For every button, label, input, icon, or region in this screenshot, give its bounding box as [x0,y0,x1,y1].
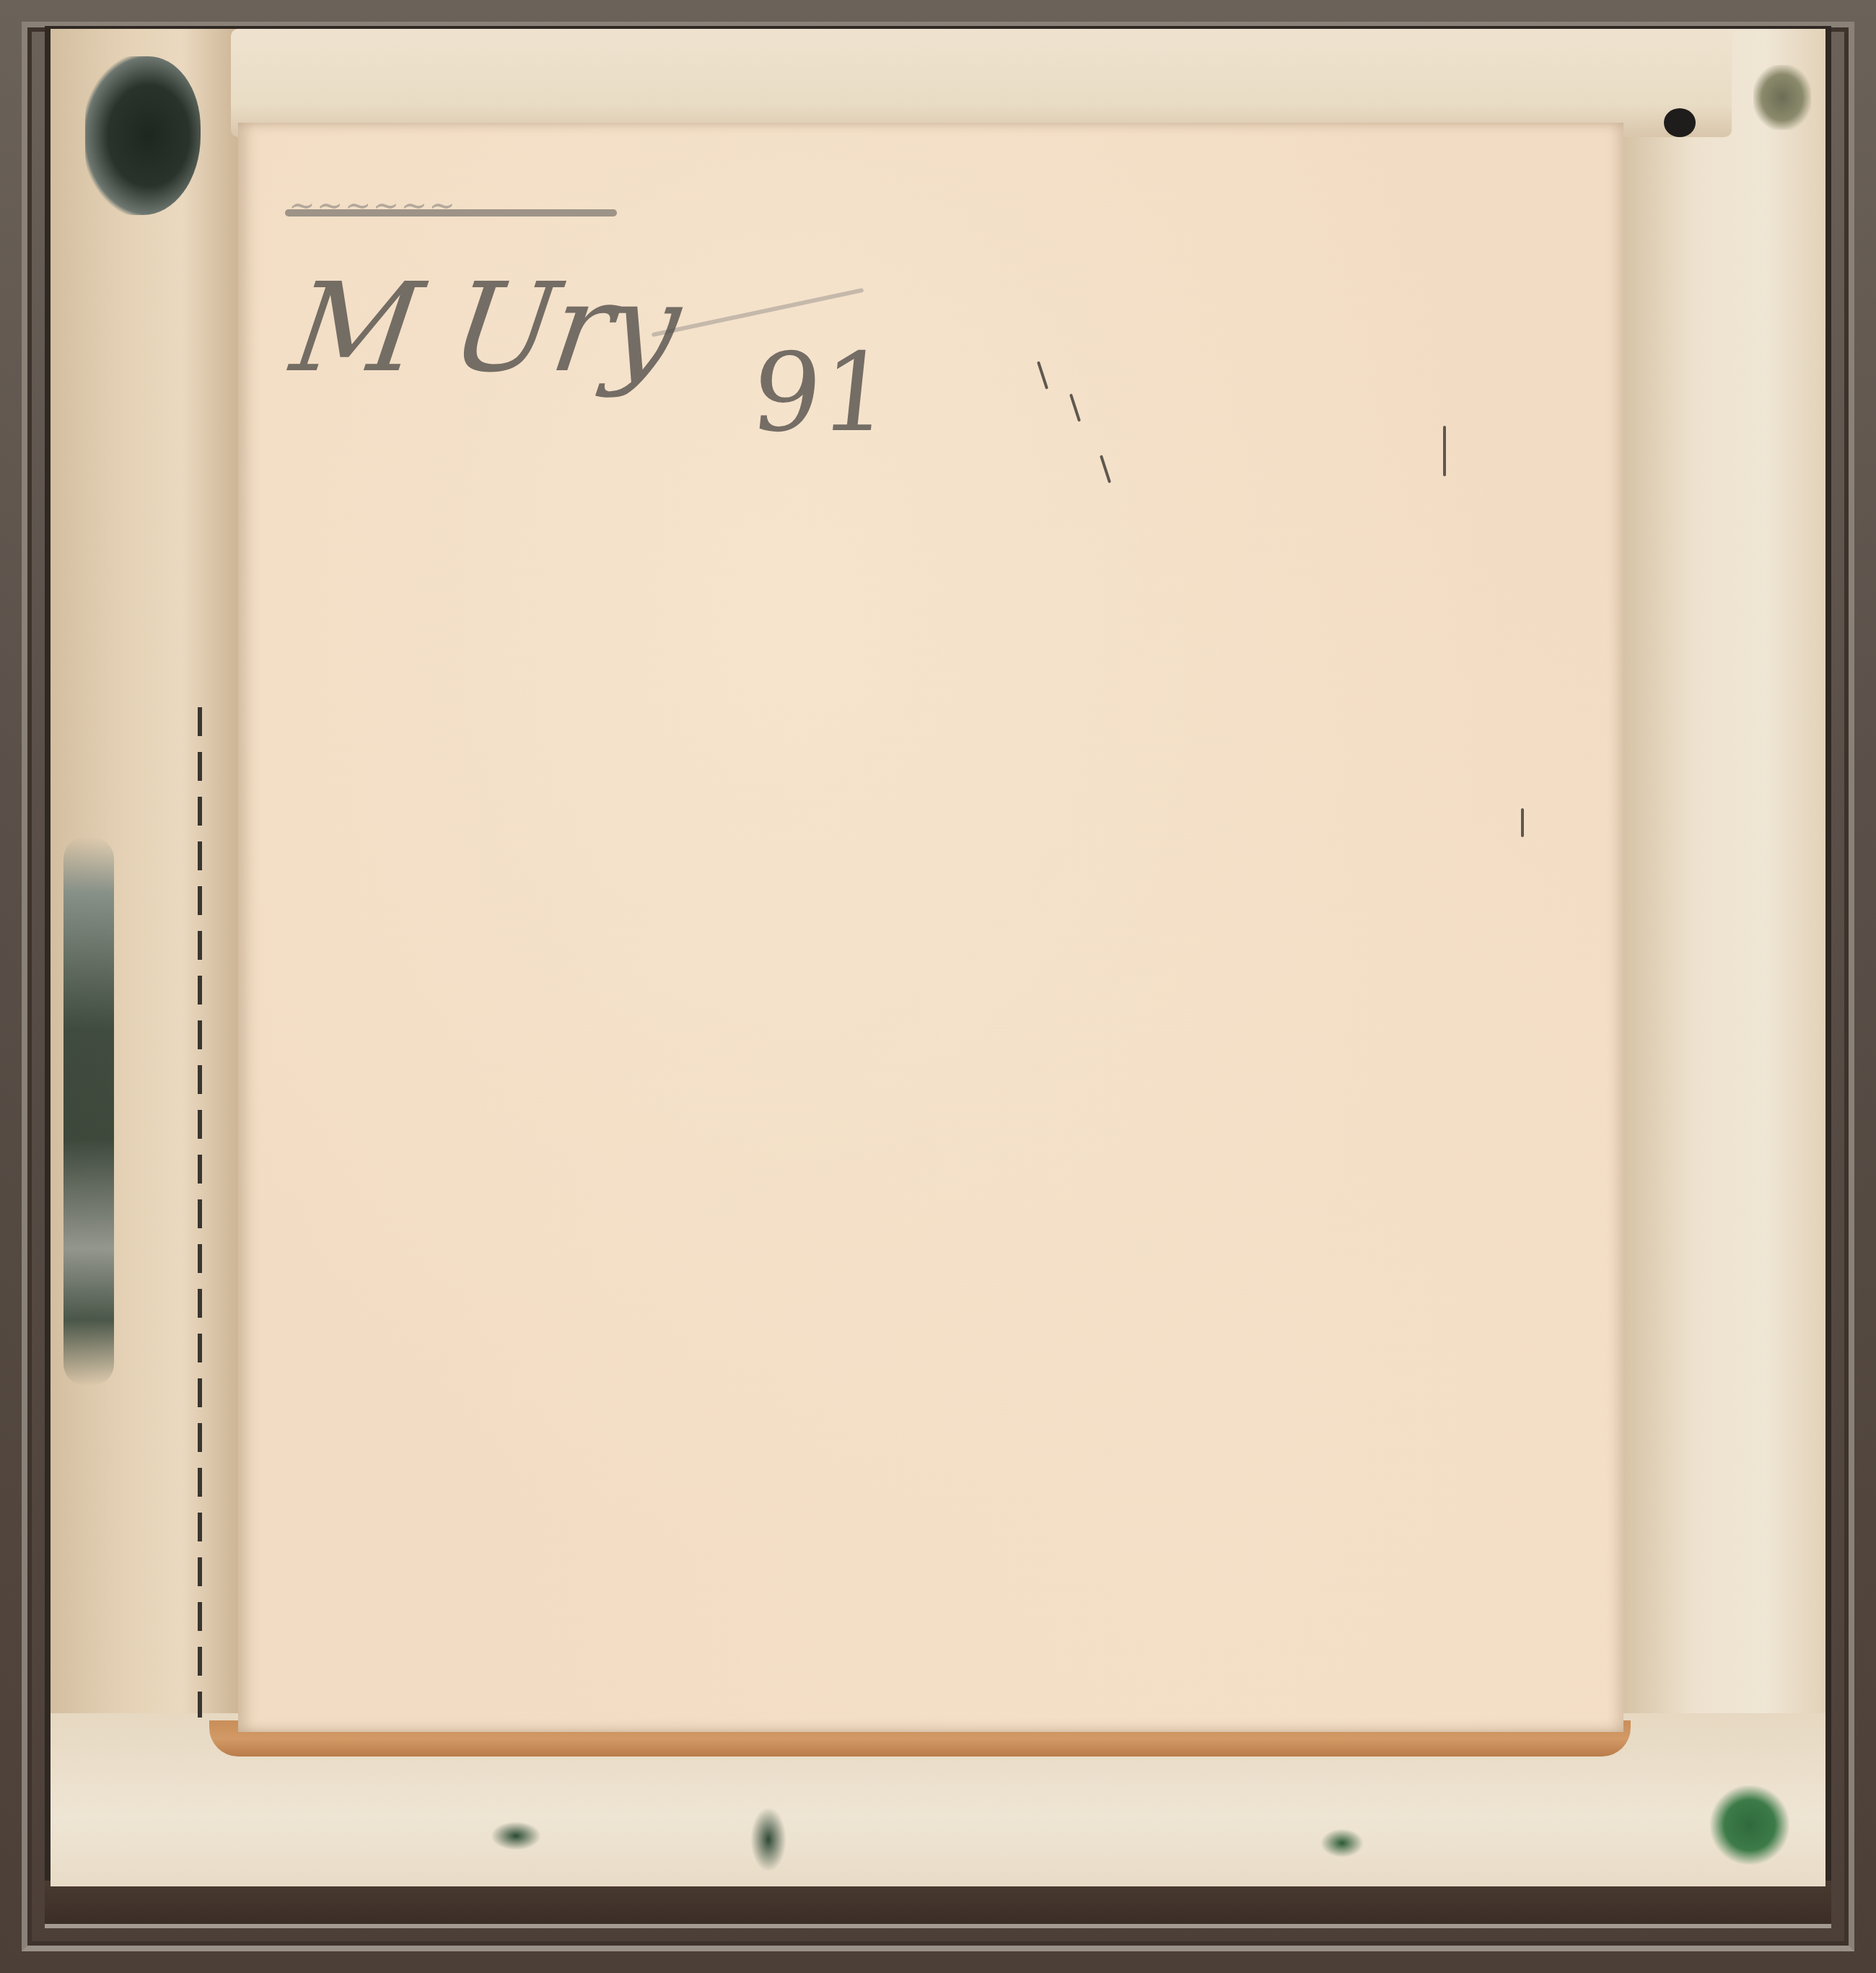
artist-signature: M Ury [274,267,764,469]
paint-spot-bottom-2 [750,1807,786,1872]
frame-bottom-rail [45,1881,1831,1928]
paint-spot-bottom-3 [1320,1829,1364,1858]
paint-stain-top-right-corner [1753,65,1811,130]
paint-streak-left-edge [63,837,114,1386]
staple-row-left [198,707,202,1718]
canvas-top-fold [231,29,1732,137]
canvas-right-fold [1623,29,1825,1886]
paint-spot-top-right [1664,108,1696,137]
pencil-mark [1443,426,1446,476]
pencil-mark [1521,808,1524,837]
paint-spot-bottom-right [1710,1785,1789,1865]
strikethrough-line [285,209,617,216]
paint-spot-bottom-1 [491,1821,541,1850]
signature-date: 91 [742,339,902,484]
paint-patch-top-left [85,56,201,215]
